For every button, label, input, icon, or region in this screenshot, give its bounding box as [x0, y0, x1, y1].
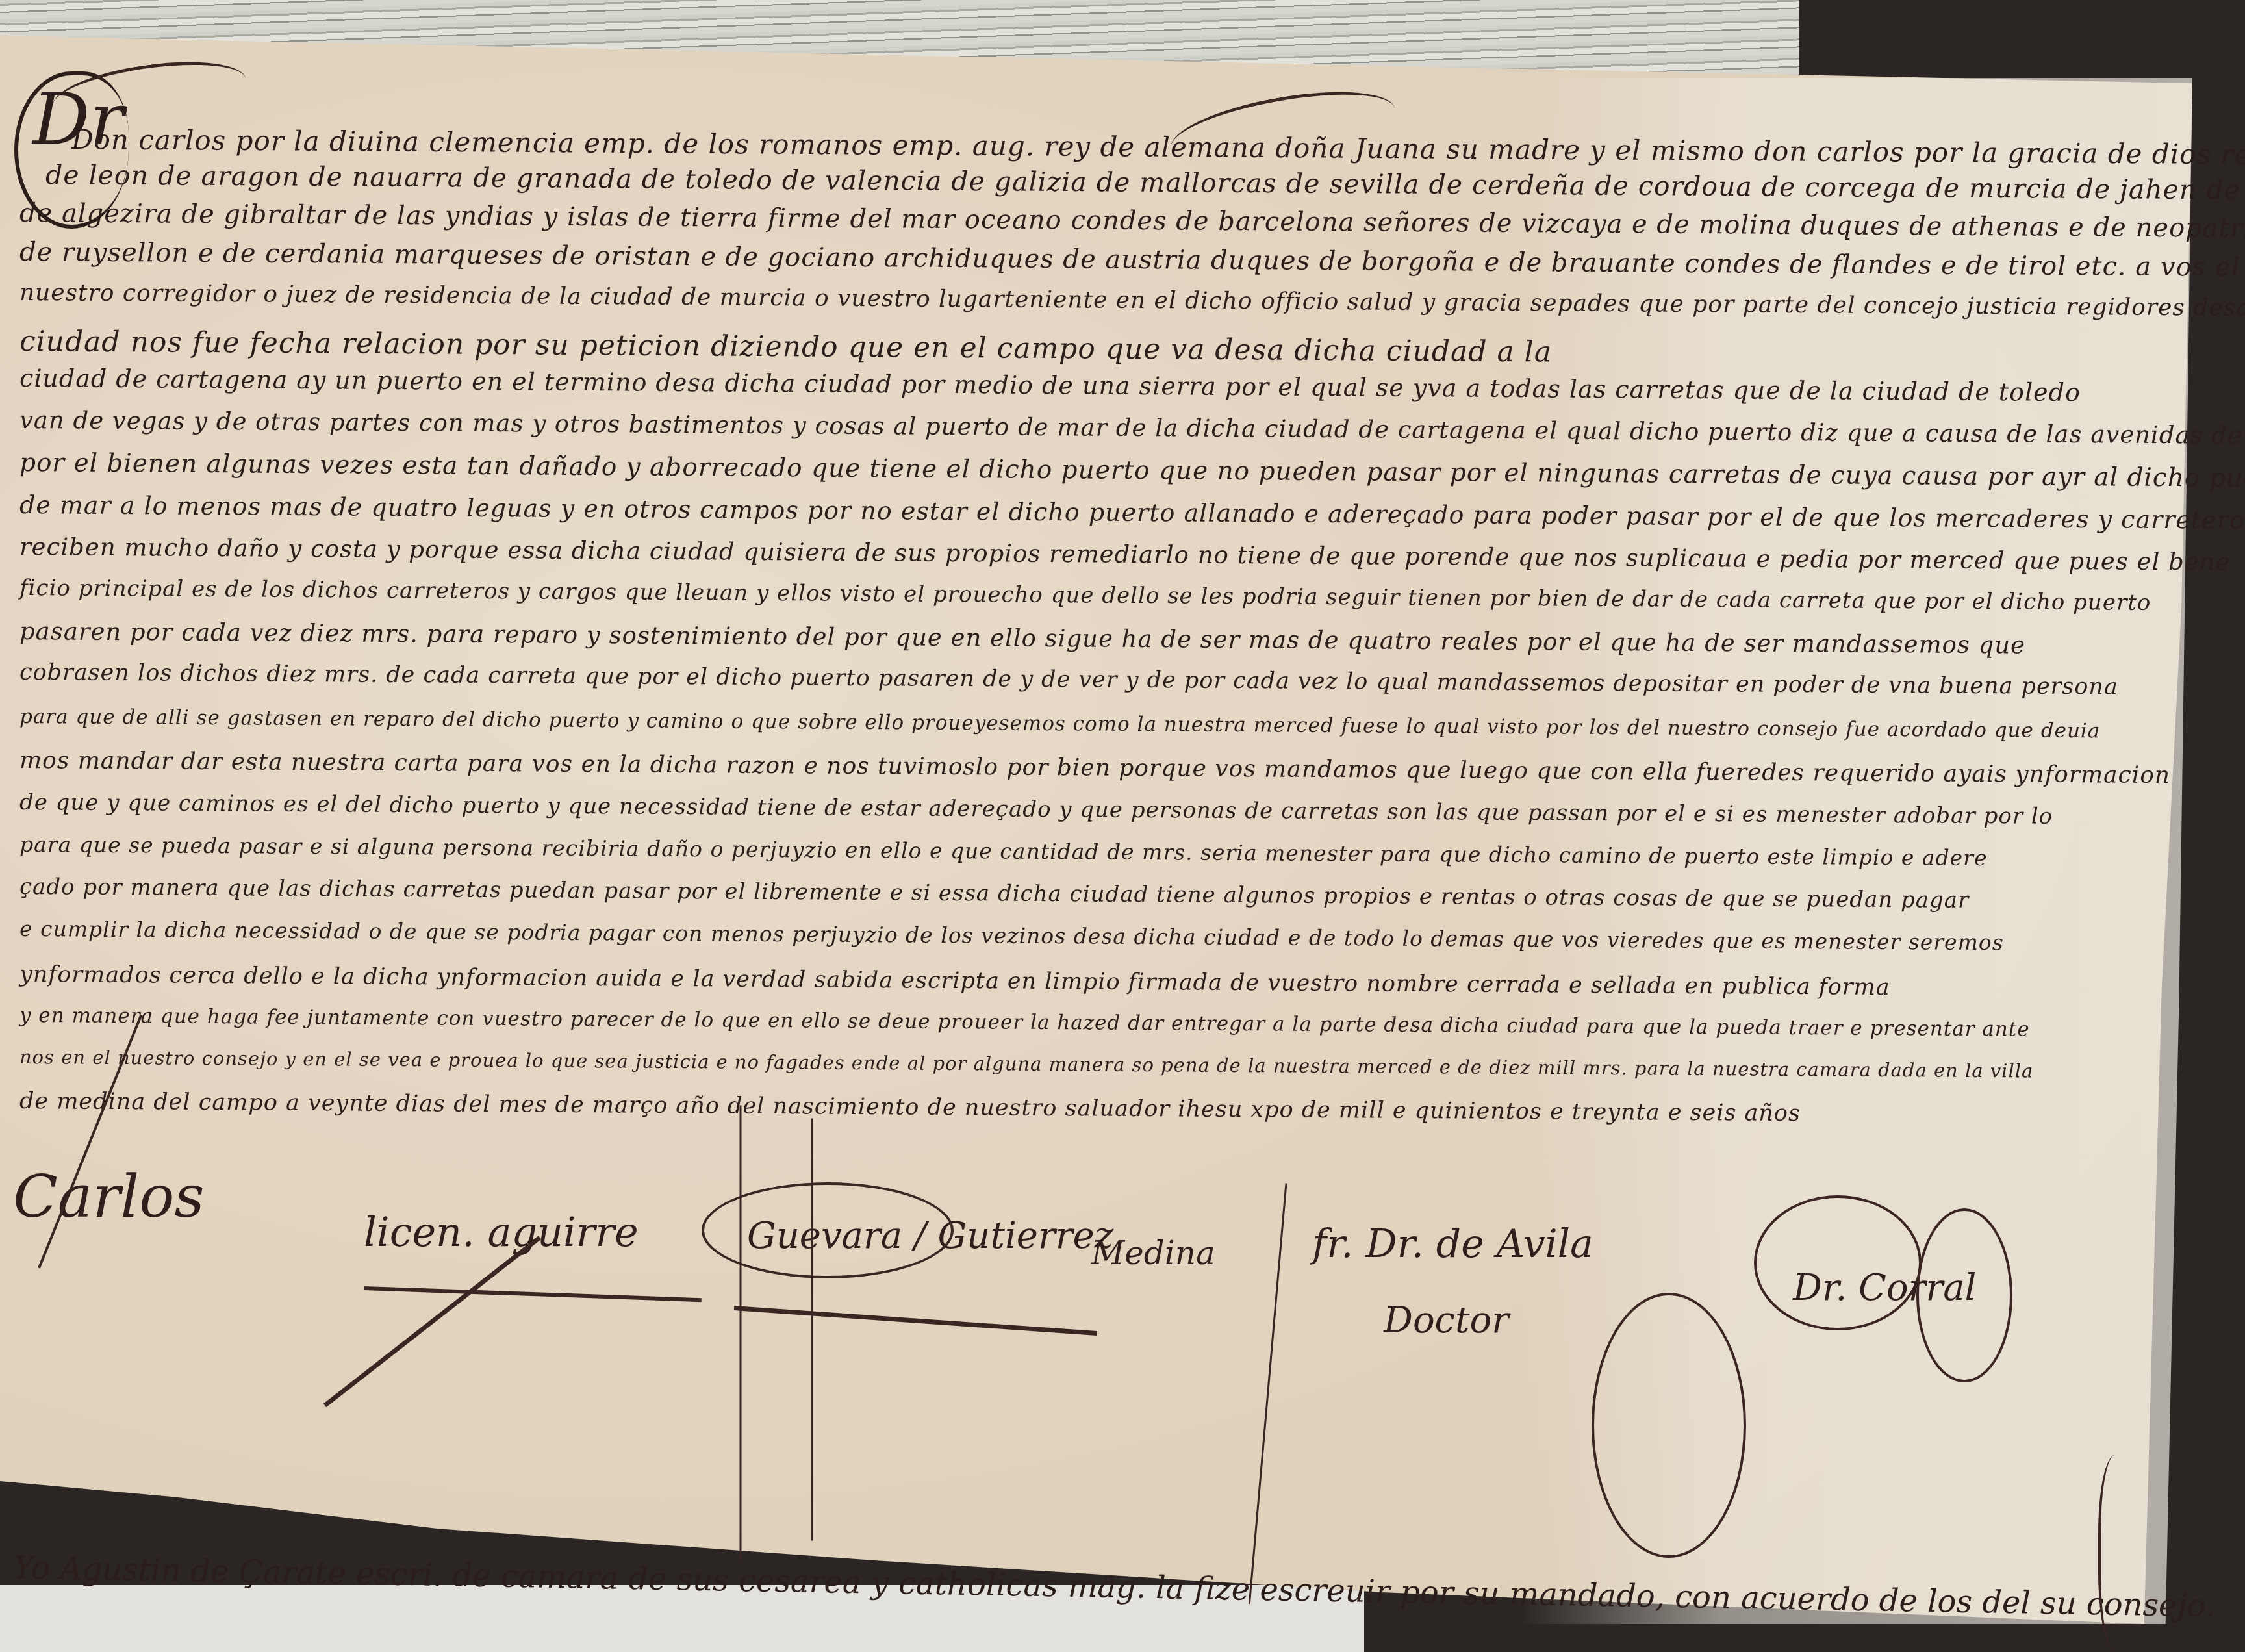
signature-doctor: Doctor: [1384, 1299, 1509, 1341]
signature-king: Carlos: [13, 1163, 205, 1231]
signature-aguirre: licen. aguirre: [364, 1208, 639, 1256]
signature-guevara: Guevara / Gutierrez: [747, 1215, 1113, 1257]
signature-loop: [1592, 1293, 1746, 1558]
signature-corral: Dr. Corral: [1793, 1267, 1977, 1309]
notary-rubric: [2098, 1455, 2140, 1650]
signature-stroke: [811, 1119, 813, 1541]
signature-stroke: [740, 1106, 742, 1560]
signature-avila: fr. Dr. de Avila: [1312, 1221, 1593, 1267]
signature-medina: Medina: [1091, 1234, 1215, 1272]
signature-loop: [1754, 1195, 1922, 1330]
